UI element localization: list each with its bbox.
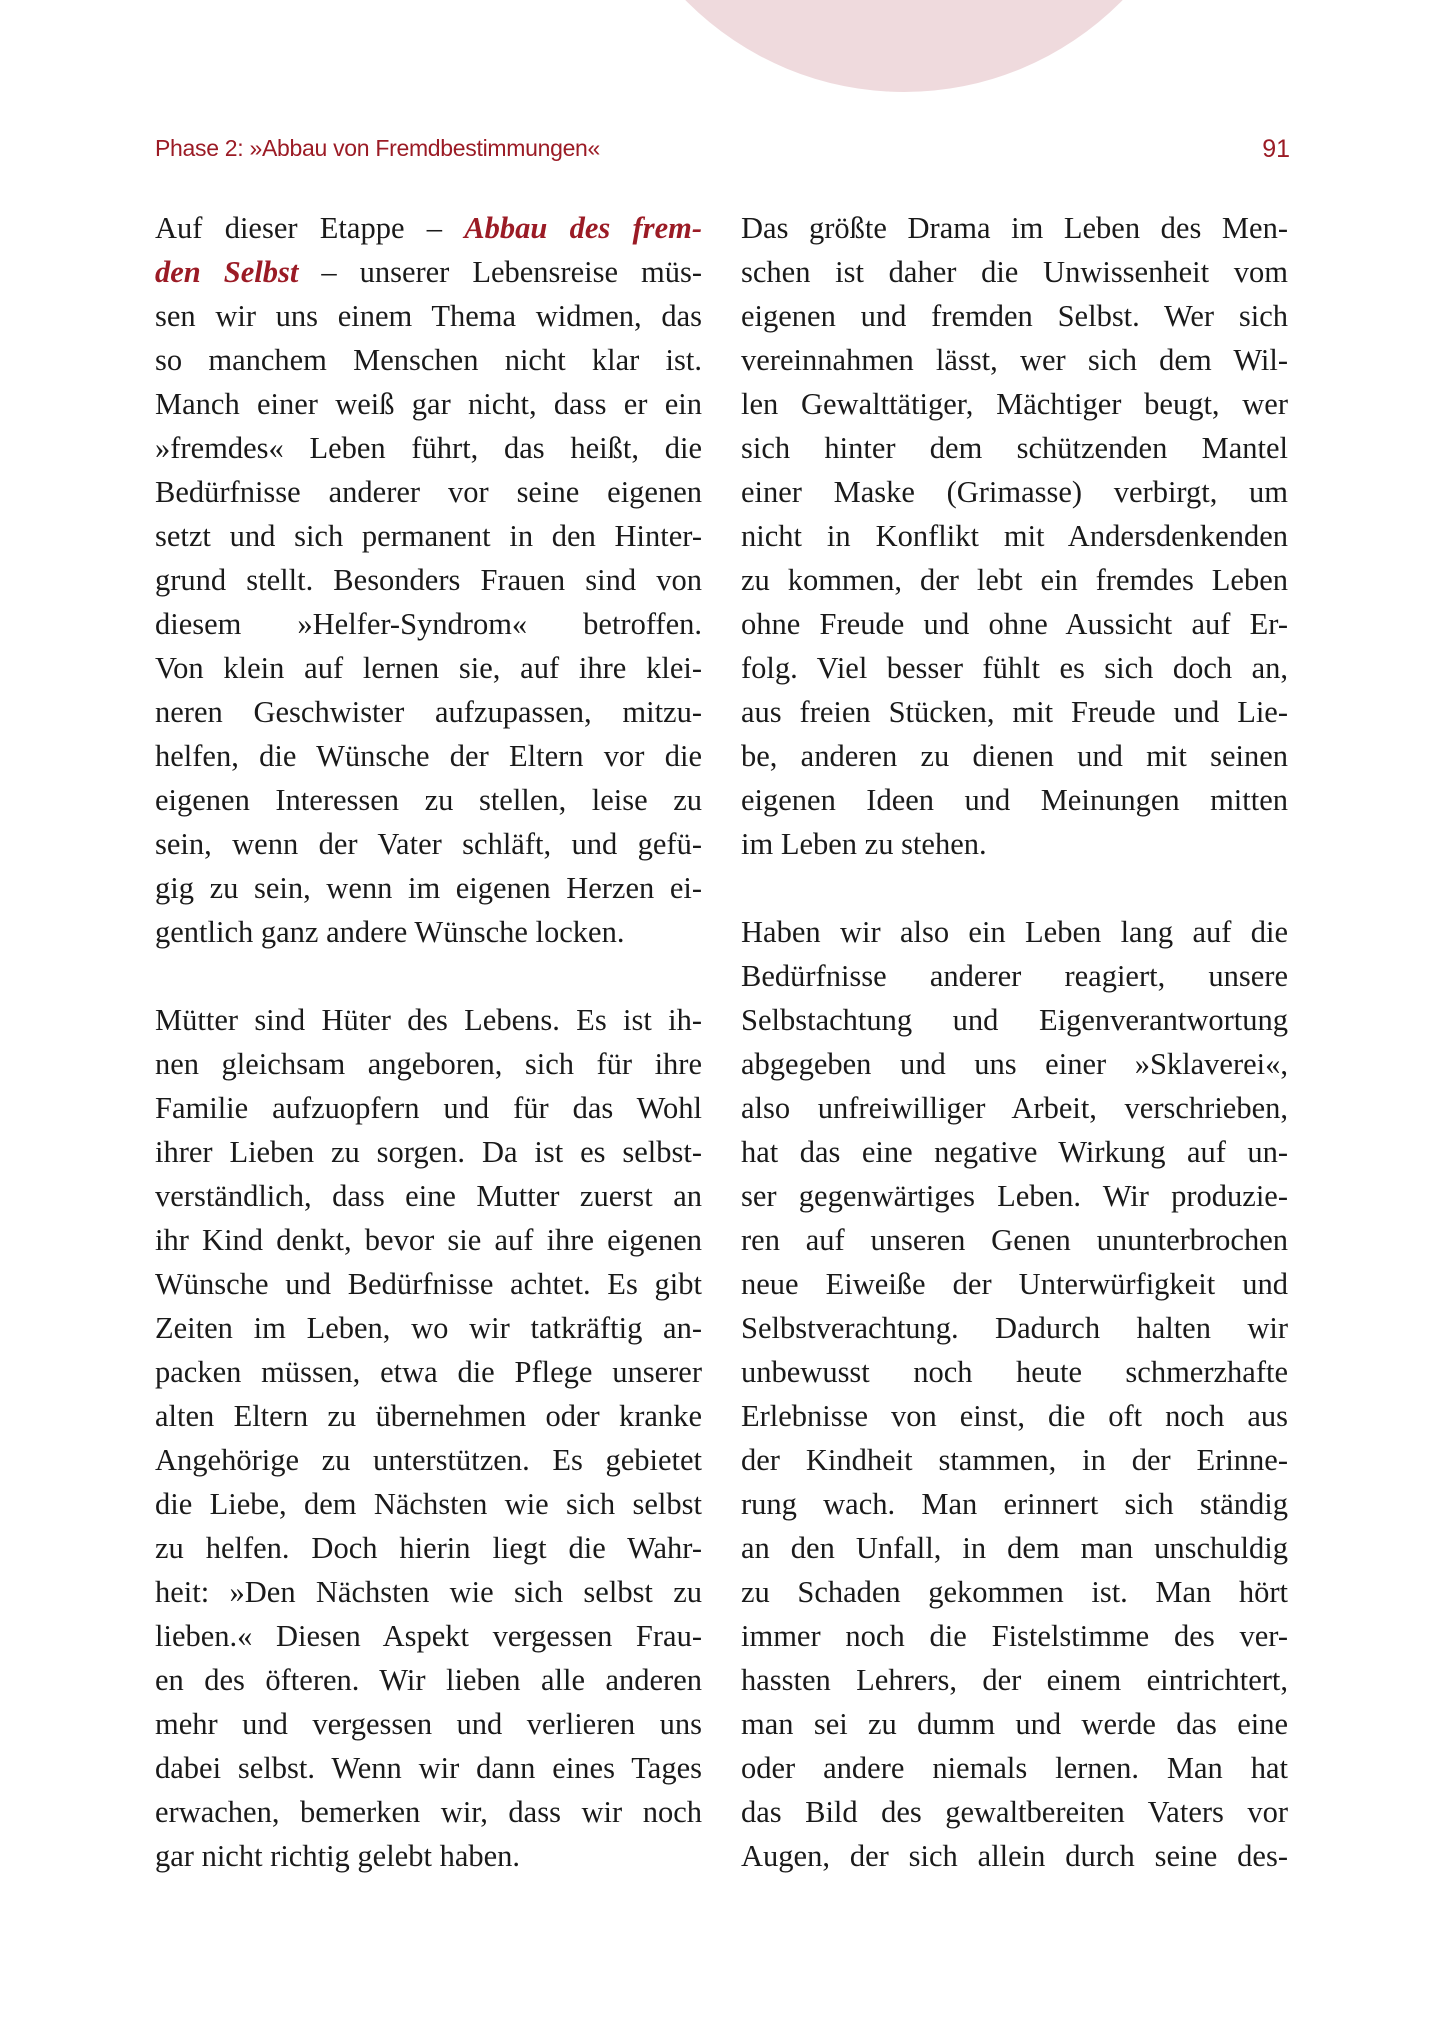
text-line: zu helfen. Doch hierin liegt die Wahr- <box>155 1526 702 1570</box>
text-line: len Gewalttätiger, Mächtiger beugt, wer <box>741 382 1288 426</box>
text-line: ihrer Lieben zu sorgen. Da ist es selbst… <box>155 1130 702 1174</box>
text-line: erwachen, bemerken wir, dass wir noch <box>155 1790 702 1834</box>
text-line: Erlebnisse von einst, die oft noch aus <box>741 1394 1288 1438</box>
text-line: nen gleichsam angeboren, sich für ihre <box>155 1042 702 1086</box>
text-line: neren Geschwister aufzupassen, mitzu- <box>155 690 702 734</box>
text-line: Selbstachtung und Eigenverantwortung <box>741 998 1288 1042</box>
page-number: 91 <box>1262 135 1290 164</box>
text-line: zu kommen, der lebt ein fremdes Leben <box>741 558 1288 602</box>
text-line: folg. Viel besser fühlt es sich doch an, <box>741 646 1288 690</box>
text-line: Bedürfnisse anderer reagiert, unsere <box>741 954 1288 998</box>
text-line: also unfreiwilliger Arbeit, verschrieben… <box>741 1086 1288 1130</box>
text-line: verständlich, dass eine Mutter zuerst an <box>155 1174 702 1218</box>
text-line: der Kindheit stammen, in der Erinne- <box>741 1438 1288 1482</box>
text-line: Manch einer weiß gar nicht, dass er ein <box>155 382 702 426</box>
text-line: Mütter sind Hüter des Lebens. Es ist ih- <box>155 998 702 1042</box>
text-line: gentlich ganz andere Wünsche locken. <box>155 910 702 954</box>
text-line: das Bild des gewaltbereiten Vaters vor <box>741 1790 1288 1834</box>
text-line: dabei selbst. Wenn wir dann eines Tages <box>155 1746 702 1790</box>
paragraph: Mütter sind Hüter des Lebens. Es ist ih-… <box>155 998 702 1878</box>
text-line: die Liebe, dem Nächsten wie sich selbst <box>155 1482 702 1526</box>
text-line: abgegeben und uns einer »Sklaverei«, <box>741 1042 1288 1086</box>
text-line: eigenen Interessen zu stellen, leise zu <box>155 778 702 822</box>
text-line: »fremdes« Leben führt, das heißt, die <box>155 426 702 470</box>
text-line: mehr und vergessen und verlieren uns <box>155 1702 702 1746</box>
text-line: lieben.« Diesen Aspekt vergessen Frau- <box>155 1614 702 1658</box>
text-line: gig zu sein, wenn im eigenen Herzen ei- <box>155 866 702 910</box>
text-line: packen müssen, etwa die Pflege unserer <box>155 1350 702 1394</box>
running-title: Phase 2: »Abbau von Fremdbestimmungen« <box>155 135 600 162</box>
text-line: diesem »Helfer-Syndrom« betroffen. <box>155 602 702 646</box>
text-line: ihr Kind denkt, bevor sie auf ihre eigen… <box>155 1218 702 1262</box>
text-line: oder andere niemals lernen. Man hat <box>741 1746 1288 1790</box>
text-line: hat das eine negative Wirkung auf un- <box>741 1130 1288 1174</box>
text-run: – unserer Lebensreise müs- <box>298 255 702 289</box>
text-line: Angehörige zu unterstützen. Es gebietet <box>155 1438 702 1482</box>
text-line: grund stellt. Besonders Frauen sind von <box>155 558 702 602</box>
text-line: sen wir uns einem Thema widmen, das <box>155 294 702 338</box>
text-line: gar nicht richtig gelebt haben. <box>155 1834 702 1878</box>
right-text-column: Das größte Drama im Leben des Men-schen … <box>741 206 1288 1878</box>
text-line: vereinnahmen lässt, wer sich dem Wil- <box>741 338 1288 382</box>
text-line: rung wach. Man erinnert sich ständig <box>741 1482 1288 1526</box>
text-line: aus freien Stücken, mit Freude und Lie- <box>741 690 1288 734</box>
decorative-circle <box>598 0 1210 92</box>
text-line: hassten Lehrers, der einem eintrichtert, <box>741 1658 1288 1702</box>
text-line: Von klein auf lernen sie, auf ihre klei- <box>155 646 702 690</box>
left-text-column: Auf dieser Etappe – Abbau des frem-den S… <box>155 206 702 1878</box>
text-line: Zeiten im Leben, wo wir tatkräftig an- <box>155 1306 702 1350</box>
text-line: im Leben zu stehen. <box>741 822 1288 866</box>
text-line: man sei zu dumm und werde das eine <box>741 1702 1288 1746</box>
text-line: sein, wenn der Vater schläft, und gefü- <box>155 822 702 866</box>
text-line: Auf dieser Etappe – Abbau des frem- <box>155 206 702 250</box>
emphasis-heading: Abbau des frem- <box>464 211 702 245</box>
text-line: zu Schaden gekommen ist. Man hört <box>741 1570 1288 1614</box>
text-line: be, anderen zu dienen und mit seinen <box>741 734 1288 778</box>
text-line: so manchem Menschen nicht klar ist. <box>155 338 702 382</box>
text-line: einer Maske (Grimasse) verbirgt, um <box>741 470 1288 514</box>
text-line: neue Eiweiße der Unterwürfigkeit und <box>741 1262 1288 1306</box>
text-line: Haben wir also ein Leben lang auf die <box>741 910 1288 954</box>
text-line: sich hinter dem schützenden Mantel <box>741 426 1288 470</box>
text-line: en des öfteren. Wir lieben alle anderen <box>155 1658 702 1702</box>
text-line: schen ist daher die Unwissenheit vom <box>741 250 1288 294</box>
text-line: nicht in Konflikt mit Andersdenkenden <box>741 514 1288 558</box>
text-line: Selbstverachtung. Dadurch halten wir <box>741 1306 1288 1350</box>
paragraph: Das größte Drama im Leben des Men-schen … <box>741 206 1288 866</box>
text-line: immer noch die Fistelstimme des ver- <box>741 1614 1288 1658</box>
text-line: ohne Freude und ohne Aussicht auf Er- <box>741 602 1288 646</box>
text-line: Wünsche und Bedürfnisse achtet. Es gibt <box>155 1262 702 1306</box>
text-line: eigenen und fremden Selbst. Wer sich <box>741 294 1288 338</box>
text-line: an den Unfall, in dem man unschuldig <box>741 1526 1288 1570</box>
text-line: heit: »Den Nächsten wie sich selbst zu <box>155 1570 702 1614</box>
text-line: setzt und sich permanent in den Hinter- <box>155 514 702 558</box>
paragraph: Haben wir also ein Leben lang auf dieBed… <box>741 910 1288 1878</box>
text-line: den Selbst – unserer Lebensreise müs- <box>155 250 702 294</box>
text-line: Das größte Drama im Leben des Men- <box>741 206 1288 250</box>
text-line: alten Eltern zu übernehmen oder kranke <box>155 1394 702 1438</box>
text-run: Auf dieser Etappe – <box>155 211 464 245</box>
text-line: ren auf unseren Genen ununterbrochen <box>741 1218 1288 1262</box>
text-line: eigenen Ideen und Meinungen mitten <box>741 778 1288 822</box>
text-line: ser gegenwärtiges Leben. Wir produzie- <box>741 1174 1288 1218</box>
text-line: helfen, die Wünsche der Eltern vor die <box>155 734 702 778</box>
text-line: unbewusst noch heute schmerzhafte <box>741 1350 1288 1394</box>
text-line: Familie aufzuopfern und für das Wohl <box>155 1086 702 1130</box>
paragraph: Auf dieser Etappe – Abbau des frem-den S… <box>155 206 702 954</box>
text-line: Augen, der sich allein durch seine des- <box>741 1834 1288 1878</box>
emphasis-heading: den Selbst <box>155 255 298 289</box>
text-line: Bedürfnisse anderer vor seine eigenen <box>155 470 702 514</box>
running-header: Phase 2: »Abbau von Fremdbestimmungen« 9… <box>155 135 1290 169</box>
